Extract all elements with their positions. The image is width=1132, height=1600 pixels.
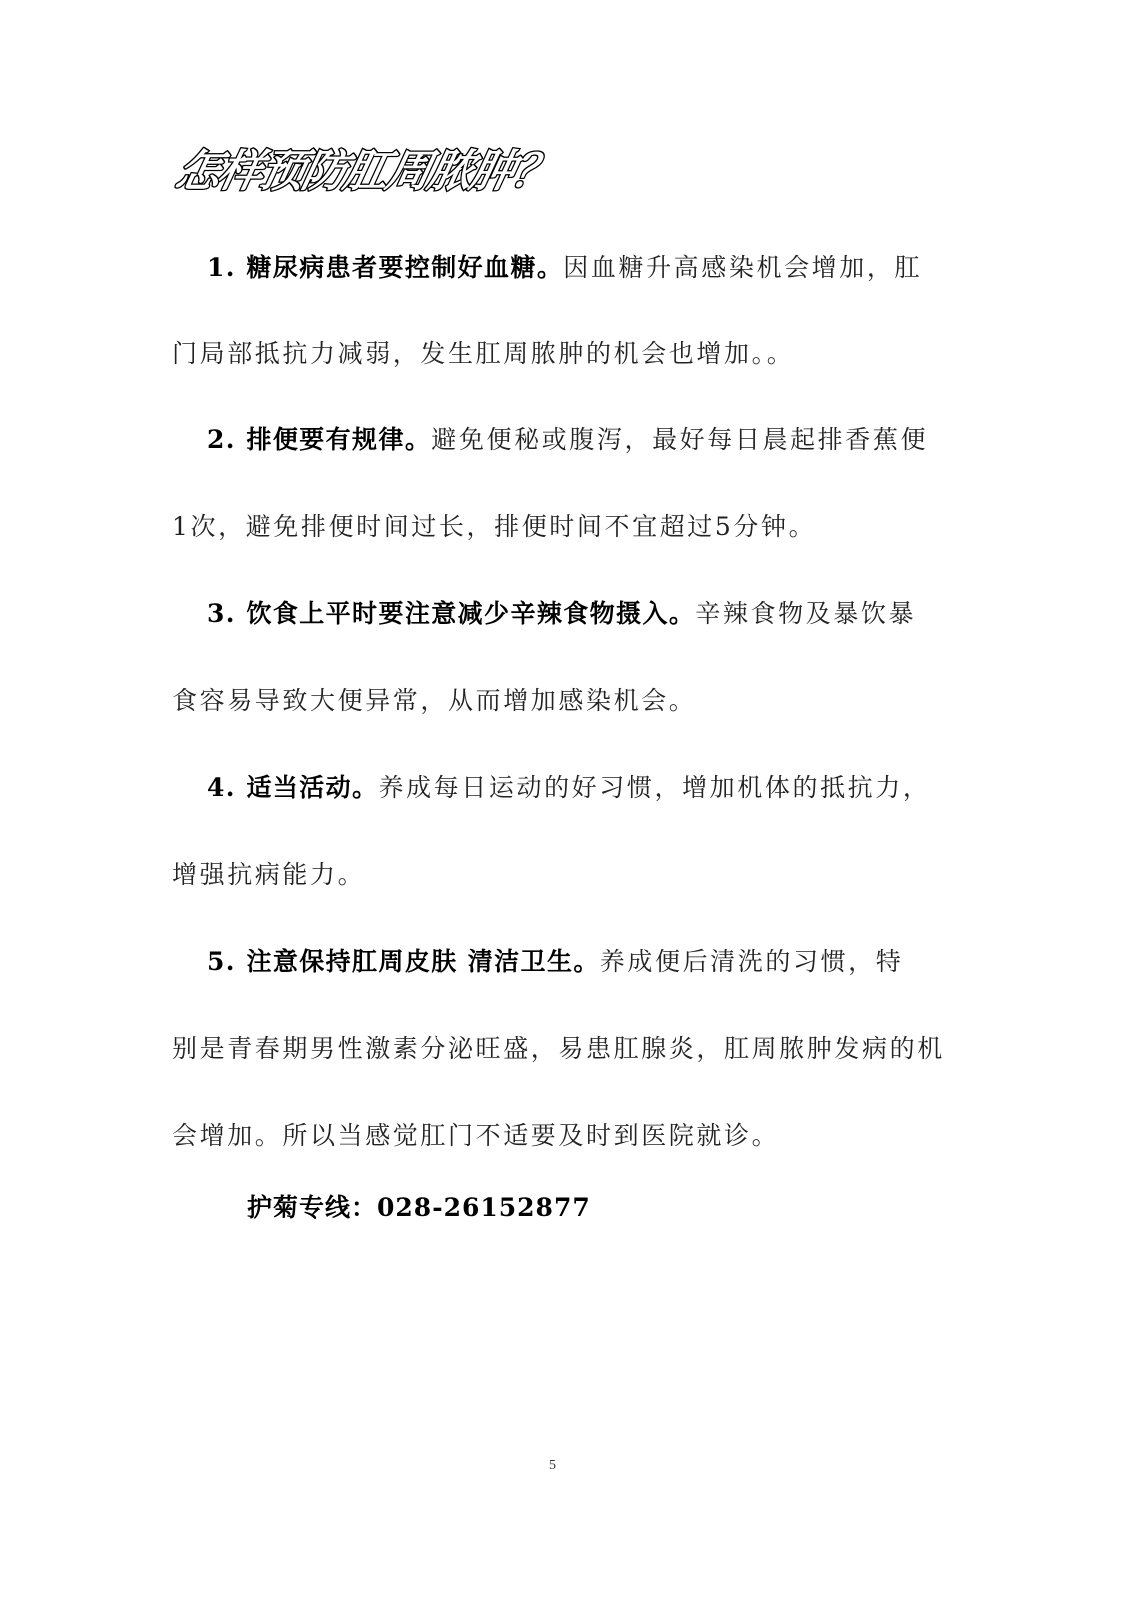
list-item-4-line-2: 增强抗病能力。 bbox=[172, 860, 942, 890]
list-item-5-line-3: 会增加。所以当感觉肛门不适要及时到医院就诊。 bbox=[172, 1121, 942, 1151]
list-item-3-line-1: 3. 饮食上平时要注意减少辛辣食物摄入。辛辣食物及暴饮暴 bbox=[207, 599, 977, 629]
item-5-text: 养成便后清洗的习惯，特 bbox=[600, 947, 904, 976]
list-item-1-line-1: 1. 糖尿病患者要控制好血糖。因血糖升高感染机会增加，肛 bbox=[207, 253, 977, 283]
page-title: 怎样预防肛周脓肿？ bbox=[172, 150, 559, 194]
item-5-heading: 注意保持肛周皮肤 清洁卫生。 bbox=[246, 947, 599, 976]
document-page: 怎样预防肛周脓肿？ 1. 糖尿病患者要控制好血糖。因血糖升高感染机会增加，肛 门… bbox=[0, 0, 1132, 1600]
list-item-4-line-1: 4. 适当活动。养成每日运动的好习惯，增加机体的抵抗力， bbox=[207, 773, 977, 803]
list-item-1-line-2: 门局部抵抗力减弱，发生肛周脓肿的机会也增加。。 bbox=[172, 339, 942, 369]
item-2-heading: 排便要有规律。 bbox=[246, 425, 431, 454]
item-3-number: 3. bbox=[207, 599, 236, 628]
hotline-number: 028-26152877 bbox=[377, 1193, 591, 1222]
item-4-text: 养成每日运动的好习惯，增加机体的抵抗力， bbox=[378, 773, 930, 802]
list-item-2-line-2: 1次，避免排便时间过长，排便时间不宜超过5分钟。 bbox=[172, 512, 942, 542]
item-2-number: 2. bbox=[207, 425, 236, 454]
item-3-heading: 饮食上平时要注意减少辛辣食物摄入。 bbox=[246, 599, 695, 628]
item-5-number: 5. bbox=[207, 947, 236, 976]
hotline: 护菊专线：028-26152877 bbox=[247, 1193, 591, 1223]
list-item-2-line-1: 2. 排便要有规律。避免便秘或腹泻，最好每日晨起排香蕉便 bbox=[207, 425, 977, 455]
list-item-5-line-1: 5. 注意保持肛周皮肤 清洁卫生。养成便后清洗的习惯，特 bbox=[207, 947, 977, 977]
list-item-3-line-2: 食容易导致大便异常，从而增加感染机会。 bbox=[172, 686, 942, 716]
item-1-heading: 糖尿病患者要控制好血糖。 bbox=[246, 253, 563, 282]
item-3-text: 辛辣食物及暴饮暴 bbox=[695, 599, 916, 628]
item-1-number: 1. bbox=[207, 253, 236, 282]
list-item-5-line-2: 别是青春期男性激素分泌旺盛，易患肛腺炎，肛周脓肿发病的机 bbox=[172, 1034, 942, 1064]
item-4-heading: 适当活动。 bbox=[246, 773, 378, 802]
item-2-text: 避免便秘或腹泻，最好每日晨起排香蕉便 bbox=[431, 425, 928, 454]
hotline-label: 护菊专线： bbox=[247, 1193, 377, 1222]
item-4-number: 4. bbox=[207, 773, 236, 802]
page-number: 5 bbox=[549, 1458, 556, 1474]
item-1-text: 因血糖升高感染机会增加，肛 bbox=[563, 253, 922, 282]
